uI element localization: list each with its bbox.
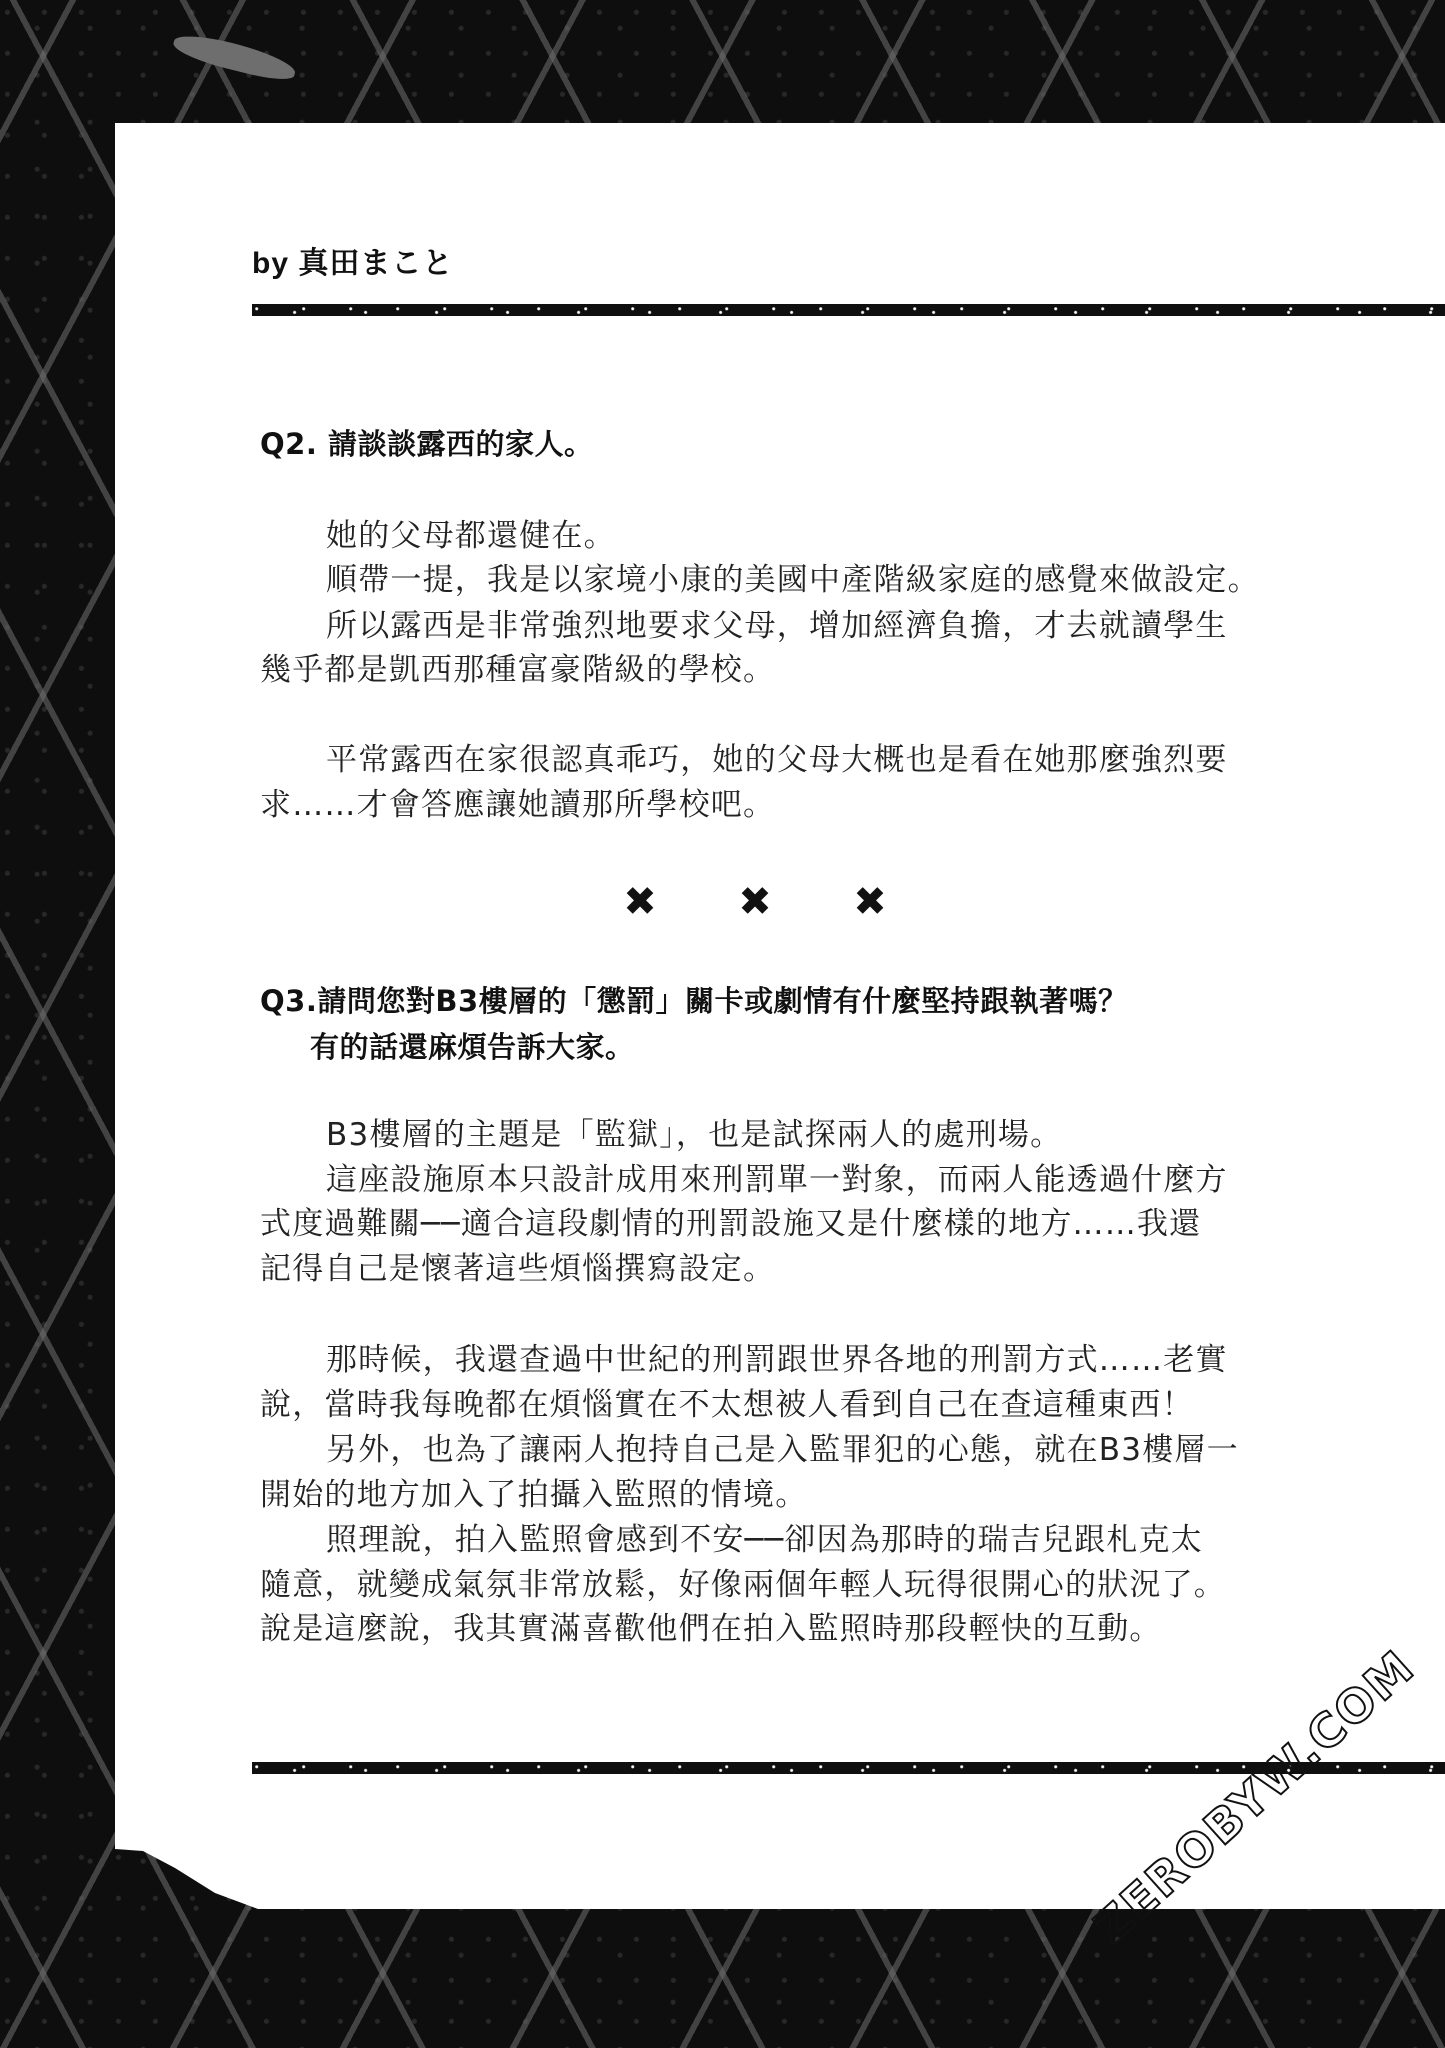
q3-p2-line-4: 開始的地方加入了拍攝入監照的情境。 (260, 1473, 807, 1518)
q2-p1-line-1: 她的父母都還健在。 (326, 514, 616, 559)
q2-p1-line-4: 幾乎都是凱西那種富豪階級的學校。 (260, 648, 775, 693)
q2-heading: Q2. 請談談露西的家人。 (260, 422, 593, 467)
author-byline: by 真田まこと (252, 244, 453, 284)
q3-heading-line-2: 有的話還麻煩告訴大家。 (310, 1025, 635, 1070)
paper-sheet: by 真田まこと Q2. 請談談露西的家人。 她的父母都還健在。 順帶一提，我是… (115, 123, 1445, 1909)
q3-p2-line-3: 另外，也為了讓兩人抱持自己是入監罪犯的心態，就在B3樓層一 (326, 1428, 1239, 1473)
separator-x-icon: ✖ (738, 885, 772, 919)
q2-p1-line-2: 順帶一提，我是以家境小康的美國中產階級家庭的感覺來做設定。 (326, 558, 1260, 603)
q3-p1-line-4: 記得自己是懷著這些煩惱撰寫設定。 (260, 1247, 775, 1292)
q3-p2-line-7: 說是這麼說，我其實滿喜歡他們在拍入監照時那段輕快的互動。 (260, 1607, 1162, 1652)
q3-p2-line-6: 隨意，就變成氣氛非常放鬆，好像兩個年輕人玩得很開心的狀況了。 (260, 1563, 1226, 1608)
q3-heading-line-1: Q3.請問您對B3樓層的「懲罰」關卡或劇情有什麼堅持跟執著嗎？ (260, 979, 1128, 1024)
q3-p1-line-1: B3樓層的主題是「監獄」，也是試探兩人的處刑場。 (326, 1113, 1062, 1158)
q2-p2-line-1: 平常露西在家很認真乖巧，她的父母大概也是看在她那麼強烈要 (326, 738, 1228, 783)
q2-p2-line-2: 求……才會答應讓她讀那所學校吧。 (260, 783, 775, 828)
separator-x-icon: ✖ (623, 885, 657, 919)
q3-p1-line-3: 式度過難關──適合這段劇情的刑罰設施又是什麼樣的地方……我還 (260, 1202, 1201, 1247)
top-divider-rule (252, 304, 1445, 316)
q3-p1-line-2: 這座設施原本只設計成用來刑罰單一對象，而兩人能透過什麼方 (326, 1158, 1228, 1203)
q2-p1-line-3: 所以露西是非常強烈地要求父母，增加經濟負擔，才去就讀學生 (326, 604, 1228, 649)
separator-x-icon: ✖ (853, 885, 887, 919)
q3-p2-line-5: 照理說，拍入監照會感到不安──卻因為那時的瑞吉兒跟札克太 (326, 1518, 1203, 1563)
q3-p2-line-2: 說，當時我每晚都在煩惱實在不太想被人看到自己在查這種東西！ (260, 1383, 1194, 1428)
q3-p2-line-1: 那時候，我還查過中世紀的刑罰跟世界各地的刑罰方式……老實 (326, 1338, 1228, 1383)
